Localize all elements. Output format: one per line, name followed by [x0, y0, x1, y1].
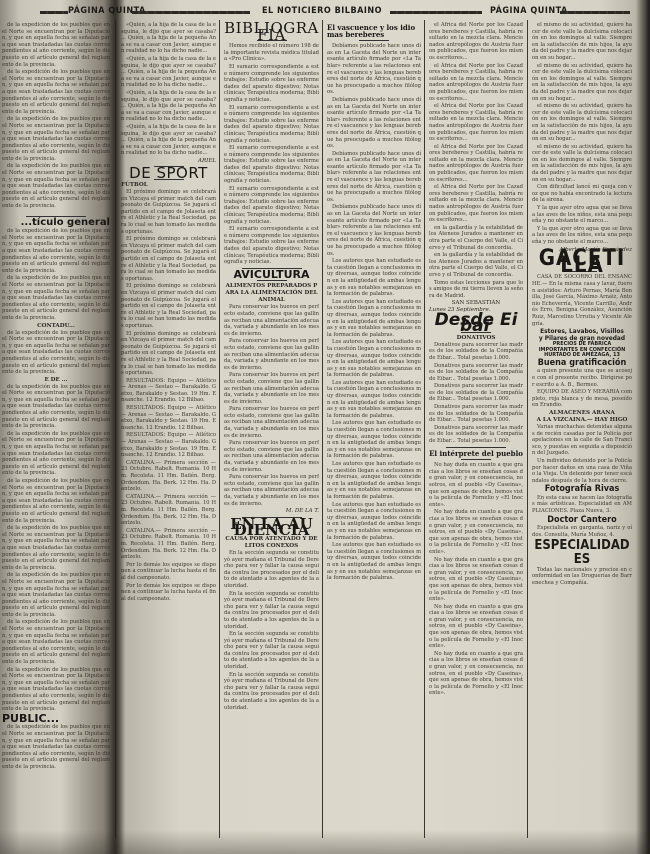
article-heading: PUBLIC...: [2, 716, 110, 723]
subheading: ALIMENTOS PREPARADOS PARA LA ALIMENTACIÓ…: [224, 283, 319, 304]
page-edge-shadow: [636, 0, 650, 854]
page-label-right: PÁGINA QUINTA: [490, 6, 568, 16]
column-rule: [424, 20, 425, 838]
masthead: PÁGINA QUINTA EL NOTICIERO BILBAINO PÁGI…: [0, 4, 650, 20]
newspaper-title: EL NOTICIERO BILBAINO: [262, 6, 382, 16]
dateline-date: Lunes 23 Septiembre.: [429, 307, 523, 314]
binding-shadow: [104, 0, 126, 854]
ad-headline: Buena gratificación: [532, 359, 632, 368]
subheading: DONATIVOS: [429, 335, 523, 342]
article-heading: AVICULTURA: [224, 272, 319, 279]
section-heading: FÚTBOL: [121, 182, 216, 189]
column-2: BIBLIOGRAFIA Hemos recibido el número 19…: [224, 22, 319, 846]
column-3: El vascuence y los idiomas bereberes Deb…: [327, 22, 421, 846]
article-heading: El vascuence y los idiomas bereberes: [327, 25, 421, 38]
article-heading: EN LA AUDIENCIA: [224, 521, 319, 534]
dateline-place: SAN SEBASTIÁN: [429, 300, 523, 307]
article-heading: Desde Eibar: [429, 317, 523, 330]
article-heading: GACETILLA: [532, 256, 632, 269]
section-heading: E DE ...: [2, 377, 110, 384]
article-heading: DE SPORT: [121, 170, 216, 177]
subheading: CAUSA POR ATENTADO Y DELITOS CONEXOS: [224, 536, 319, 550]
newspaper-page: PÁGINA QUINTA EL NOTICIERO BILBAINO PÁGI…: [0, 0, 650, 854]
ad-headline: Doctor Cantero: [532, 516, 632, 525]
column-rule: [322, 20, 323, 838]
signature: M. DE LA T.: [224, 508, 319, 515]
column-4: el África del Norte por los Cazadores be…: [429, 22, 523, 846]
column-rule: [219, 20, 220, 838]
article-heading: ...tículo general: [2, 220, 110, 227]
column-0: de la expedición de los pueblos que en e…: [2, 22, 110, 846]
column-5: el mismo de su actividad, quiero hacer d…: [532, 22, 632, 846]
section-heading: CONTADU...: [2, 323, 110, 330]
column-1: «Quién, a la hija de la casa de la esqui…: [121, 22, 216, 846]
article-heading: BIBLIOGRAFIA: [224, 25, 319, 38]
ad-headline: Fotografía Rivas: [532, 485, 632, 494]
signature: Alberto Martín Fernández: [532, 247, 632, 254]
ad-headline: ESPECIALIDADES: [532, 539, 632, 566]
bottom-edge-shadow: [0, 830, 650, 854]
subheading: A LA VIZCAINA.— HAY HIGO: [532, 417, 632, 424]
article-heading: El intérprete del pueblo: [429, 451, 523, 458]
column-rule: [527, 20, 528, 838]
signature: ARIEL: [121, 158, 216, 165]
